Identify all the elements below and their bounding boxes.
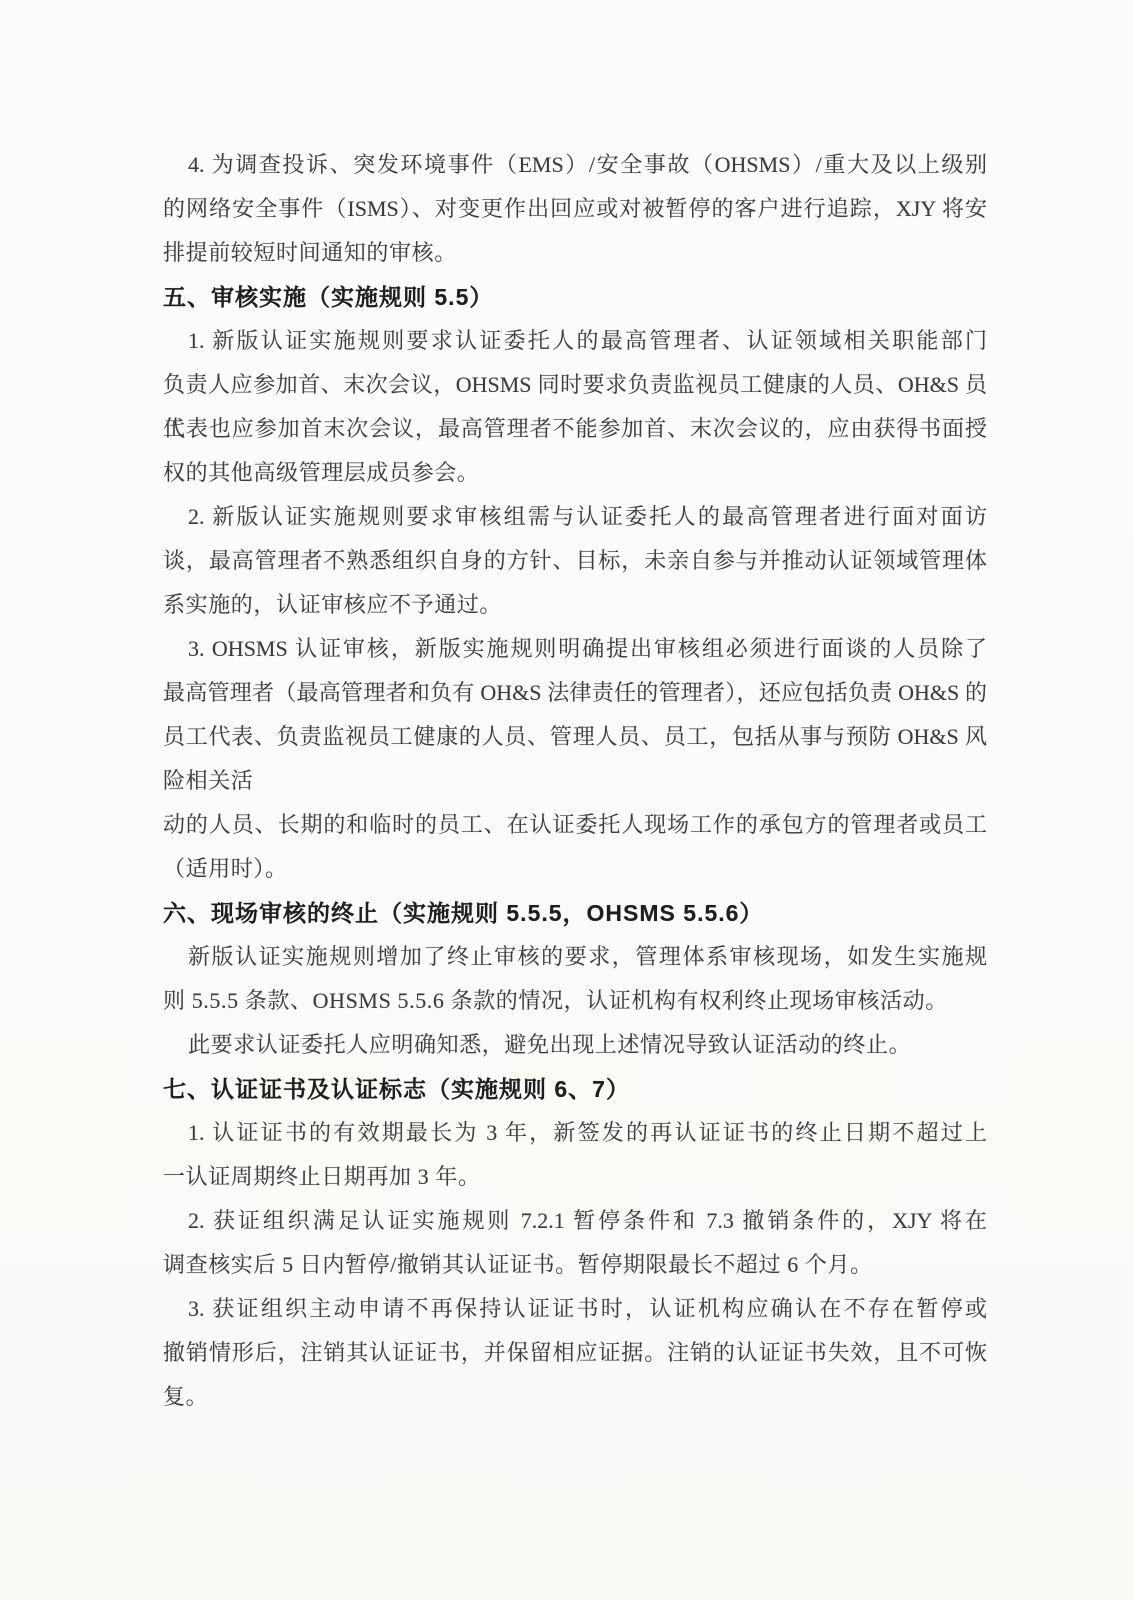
para-3-voluntary-cancellation: 3. 获证组织主动申请不再保持认证证书时，认证机构应确认在不存在暂停或撤销情形后… bbox=[163, 1287, 987, 1419]
heading-7-certificates-and-marks: 七、认证证书及认证标志（实施规则 6、7） bbox=[163, 1067, 987, 1111]
text-line: 4. 为调查投诉、突发环境事件（EMS）/安全事故（OHSMS）/重大及以上级别 bbox=[163, 143, 987, 187]
text-line: 排提前较短时间通知的审核。 bbox=[163, 231, 987, 275]
text-line: 动的人员、长期的和临时的员工、在认证委托人现场工作的承包方的管理者或员工 bbox=[163, 803, 987, 847]
text-line: 代表也应参加首末次会议，最高管理者不能参加首、末次会议的，应由获得书面授 bbox=[163, 407, 987, 451]
text-line: 一认证周期终止日期再加 3 年。 bbox=[163, 1155, 987, 1199]
text-line: 的网络安全事件（ISMS）、对变更作出回应或对被暂停的客户进行追踪，XJY 将安 bbox=[163, 187, 987, 231]
text-line: 3. 获证组织主动申请不再保持认证证书时，认证机构应确认在不存在暂停或 bbox=[163, 1287, 987, 1331]
text-line: 3. OHSMS 认证审核，新版实施规则明确提出审核组必须进行面谈的人员除了 bbox=[163, 627, 987, 671]
text-line: 员工代表、负责监视员工健康的人员、管理人员、员工，包括从事与预防 OH&S 风 bbox=[163, 715, 987, 759]
text-line: 此要求认证委托人应明确知悉，避免出现上述情况导致认证活动的终止。 bbox=[163, 1023, 987, 1067]
text-line: 2. 新版认证实施规则要求审核组需与认证委托人的最高管理者进行面对面访 bbox=[163, 495, 987, 539]
text-line: 则 5.5.5 条款、OHSMS 5.5.6 条款的情况，认证机构有权利终止现场… bbox=[163, 979, 987, 1023]
heading-line: 六、现场审核的终止（实施规则 5.5.5，OHSMS 5.5.6） bbox=[163, 891, 987, 935]
para-termination-requirement: 新版认证实施规则增加了终止审核的要求，管理体系审核现场，如发生实施规则 5.5.… bbox=[163, 935, 987, 1023]
text-line: 系实施的，认证审核应不予通过。 bbox=[163, 583, 987, 627]
para-1-certificate-validity: 1. 认证证书的有效期最长为 3 年，新签发的再认证证书的终止日期不超过上一认证… bbox=[163, 1111, 987, 1199]
heading-5-audit-implementation: 五、审核实施（实施规则 5.5） bbox=[163, 275, 987, 319]
text-line: 1. 新版认证实施规则要求认证委托人的最高管理者、认证领域相关职能部门 bbox=[163, 319, 987, 363]
document-body: 4. 为调查投诉、突发环境事件（EMS）/安全事故（OHSMS）/重大及以上级别… bbox=[163, 143, 987, 1419]
text-line: 复。 bbox=[163, 1375, 987, 1419]
text-line: 2. 获证组织满足认证实施规则 7.2.1 暂停条件和 7.3 撤销条件的，XJ… bbox=[163, 1199, 987, 1243]
text-line: 新版认证实施规则增加了终止审核的要求，管理体系审核现场，如发生实施规 bbox=[163, 935, 987, 979]
text-line: 调查核实后 5 日内暂停/撤销其认证证书。暂停期限最长不超过 6 个月。 bbox=[163, 1243, 987, 1287]
para-2-suspension-withdrawal: 2. 获证组织满足认证实施规则 7.2.1 暂停条件和 7.3 撤销条件的，XJ… bbox=[163, 1199, 987, 1287]
text-line: 最高管理者（最高管理者和负有 OH&S 法律责任的管理者），还应包括负责 OH&… bbox=[163, 671, 987, 715]
text-line: 1. 认证证书的有效期最长为 3 年，新签发的再认证证书的终止日期不超过上 bbox=[163, 1111, 987, 1155]
text-line: 谈，最高管理者不熟悉组织自身的方针、目标，未亲自参与并推动认证领域管理体 bbox=[163, 539, 987, 583]
text-line: 撤销情形后，注销其认证证书，并保留相应证据。注销的认证证书失效，且不可恢 bbox=[163, 1331, 987, 1375]
para-1-opening-closing-meetings: 1. 新版认证实施规则要求认证委托人的最高管理者、认证领域相关职能部门负责人应参… bbox=[163, 319, 987, 495]
text-line: 险相关活 bbox=[163, 759, 987, 803]
heading-6-onsite-audit-termination: 六、现场审核的终止（实施规则 5.5.5，OHSMS 5.5.6） bbox=[163, 891, 987, 935]
para-short-notice-audits: 4. 为调查投诉、突发环境事件（EMS）/安全事故（OHSMS）/重大及以上级别… bbox=[163, 143, 987, 275]
heading-line: 七、认证证书及认证标志（实施规则 6、7） bbox=[163, 1067, 987, 1111]
para-2-top-management-interview: 2. 新版认证实施规则要求审核组需与认证委托人的最高管理者进行面对面访谈，最高管… bbox=[163, 495, 987, 627]
para-3-ohsms-interviewees: 3. OHSMS 认证审核，新版实施规则明确提出审核组必须进行面谈的人员除了最高… bbox=[163, 627, 987, 891]
text-line: 负责人应参加首、末次会议，OHSMS 同时要求负责监视员工健康的人员、OH&S … bbox=[163, 363, 987, 407]
text-line: 权的其他高级管理层成员参会。 bbox=[163, 451, 987, 495]
heading-line: 五、审核实施（实施规则 5.5） bbox=[163, 275, 987, 319]
para-client-awareness: 此要求认证委托人应明确知悉，避免出现上述情况导致认证活动的终止。 bbox=[163, 1023, 987, 1067]
text-line: （适用时）。 bbox=[163, 847, 987, 891]
